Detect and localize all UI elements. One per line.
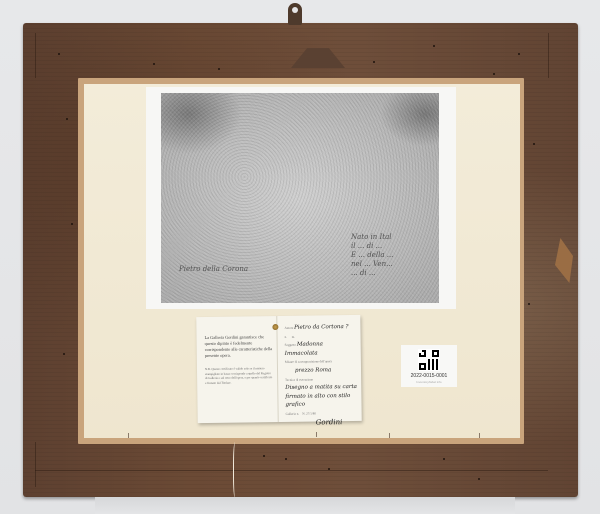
photographed-drawing: Pietro della Corona Nato in Ital il ... …	[161, 93, 439, 303]
wormhole	[263, 455, 265, 457]
note-text: Questo certificato è valido solo se il n…	[205, 366, 272, 384]
signature-inscription: Pietro della Corona	[179, 265, 248, 274]
wormhole	[478, 478, 480, 480]
certificate-signature: Gordini	[286, 417, 358, 427]
technique-value-2: firmato in alto con stilo grafico	[285, 392, 357, 410]
author-value: Pietro da Cortona ?	[294, 324, 348, 331]
certificate-right-panel: Autore Pietro da Cortona ? n. m. Soggett…	[284, 323, 357, 427]
wormhole	[71, 223, 73, 225]
certificate-left-panel: La Galleria Gordini garantisce che quest…	[205, 334, 274, 385]
number-value: N. 27/1/80	[302, 411, 316, 415]
nail	[479, 433, 480, 438]
wormhole	[328, 468, 330, 470]
wormhole	[66, 118, 68, 120]
number-label: Galleria n.	[286, 412, 300, 416]
nail	[128, 433, 129, 438]
author-label: Autore	[284, 326, 293, 330]
wormhole	[285, 458, 287, 460]
wormhole	[58, 53, 60, 55]
frame-joint-line	[35, 442, 36, 487]
hanging-string	[233, 442, 238, 498]
subject-label: Soggetto	[285, 343, 296, 347]
died-label: m.	[292, 334, 295, 338]
note-label: N.B.	[205, 367, 211, 371]
certificate-fold	[276, 316, 278, 422]
photocopy-sheet: Pietro della Corona Nato in Ital il ... …	[146, 87, 456, 309]
wormhole	[153, 63, 155, 65]
handwritten-inscription: Nato in Ital il ... di ... E ... della .…	[351, 233, 393, 278]
nail	[389, 433, 390, 438]
wormhole	[218, 68, 220, 70]
frame-joint-line	[35, 470, 548, 471]
wormhole	[443, 458, 445, 460]
inventory-subtext: Inventory/label info	[401, 380, 457, 384]
guarantee-text: La Galleria Gordini garantisce che quest…	[205, 334, 273, 359]
wormhole	[493, 73, 495, 75]
inventory-label: 2022-0015-0001 Inventory/label info	[401, 345, 457, 387]
certificate-note: N.B. Questo certificato è valido solo se…	[205, 366, 273, 385]
wormhole	[373, 61, 375, 63]
wormhole	[433, 45, 435, 47]
wall-shadow	[95, 497, 515, 514]
wormhole	[63, 353, 65, 355]
inventory-code: 2022-0015-0001	[401, 373, 457, 379]
authenticity-certificate: La Galleria Gordini garantisce che quest…	[196, 315, 361, 423]
qr-code-icon[interactable]	[419, 350, 439, 370]
nail	[316, 432, 317, 437]
born-label: n.	[285, 334, 287, 338]
frame-joint-line	[548, 33, 549, 78]
wormhole	[533, 143, 535, 145]
wormhole	[518, 53, 520, 55]
hanging-ring	[288, 3, 302, 25]
frame-joint-line	[35, 33, 36, 78]
wormhole	[528, 303, 530, 305]
rivet-icon	[272, 324, 278, 330]
